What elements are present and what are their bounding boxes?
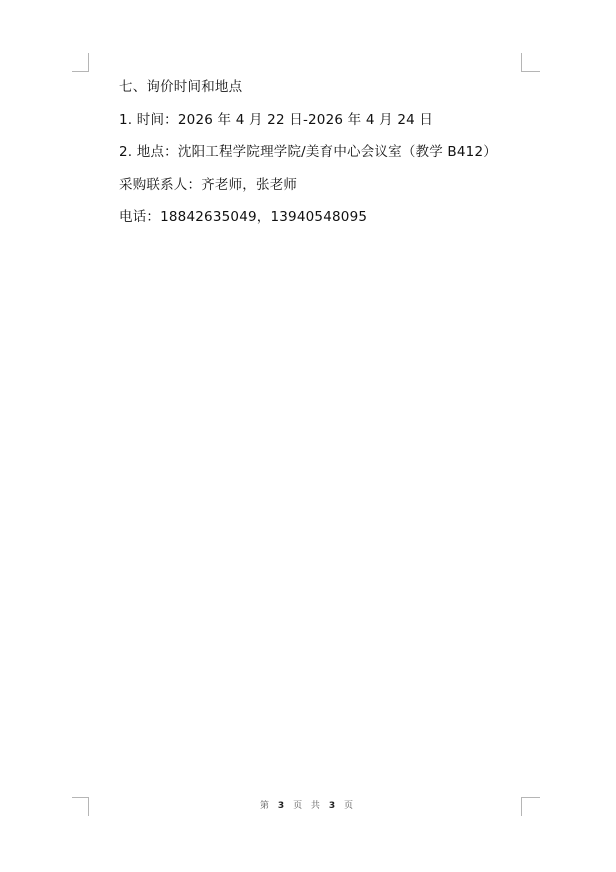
corner-mark-top-left-v <box>88 53 89 72</box>
footer-middle: 页 共 <box>293 801 323 811</box>
inquiry-location-item: 2. 地点：沈阳工程学院理学院/美育中心会议室（教学 B412） <box>119 143 497 161</box>
page-footer: 第 3 页 共 3 页 <box>0 798 616 811</box>
footer-suffix: 页 <box>344 801 356 811</box>
contact-person-line: 采购联系人：齐老师，张老师 <box>119 176 297 194</box>
phone-line: 电话：18842635049，13940548095 <box>119 208 367 226</box>
corner-mark-top-left-h <box>72 71 89 72</box>
current-page-number: 3 <box>278 801 287 811</box>
corner-mark-top-right-v <box>521 53 522 72</box>
inquiry-time-item: 1. 时间：2026 年 4 月 22 日-2026 年 4 月 24 日 <box>119 111 433 129</box>
section-heading: 七、询价时间和地点 <box>119 78 242 96</box>
document-page: 七、询价时间和地点 1. 时间：2026 年 4 月 22 日-2026 年 4… <box>0 0 616 872</box>
footer-prefix: 第 <box>260 801 272 811</box>
corner-mark-top-right-h <box>521 71 540 72</box>
total-page-number: 3 <box>329 801 338 811</box>
